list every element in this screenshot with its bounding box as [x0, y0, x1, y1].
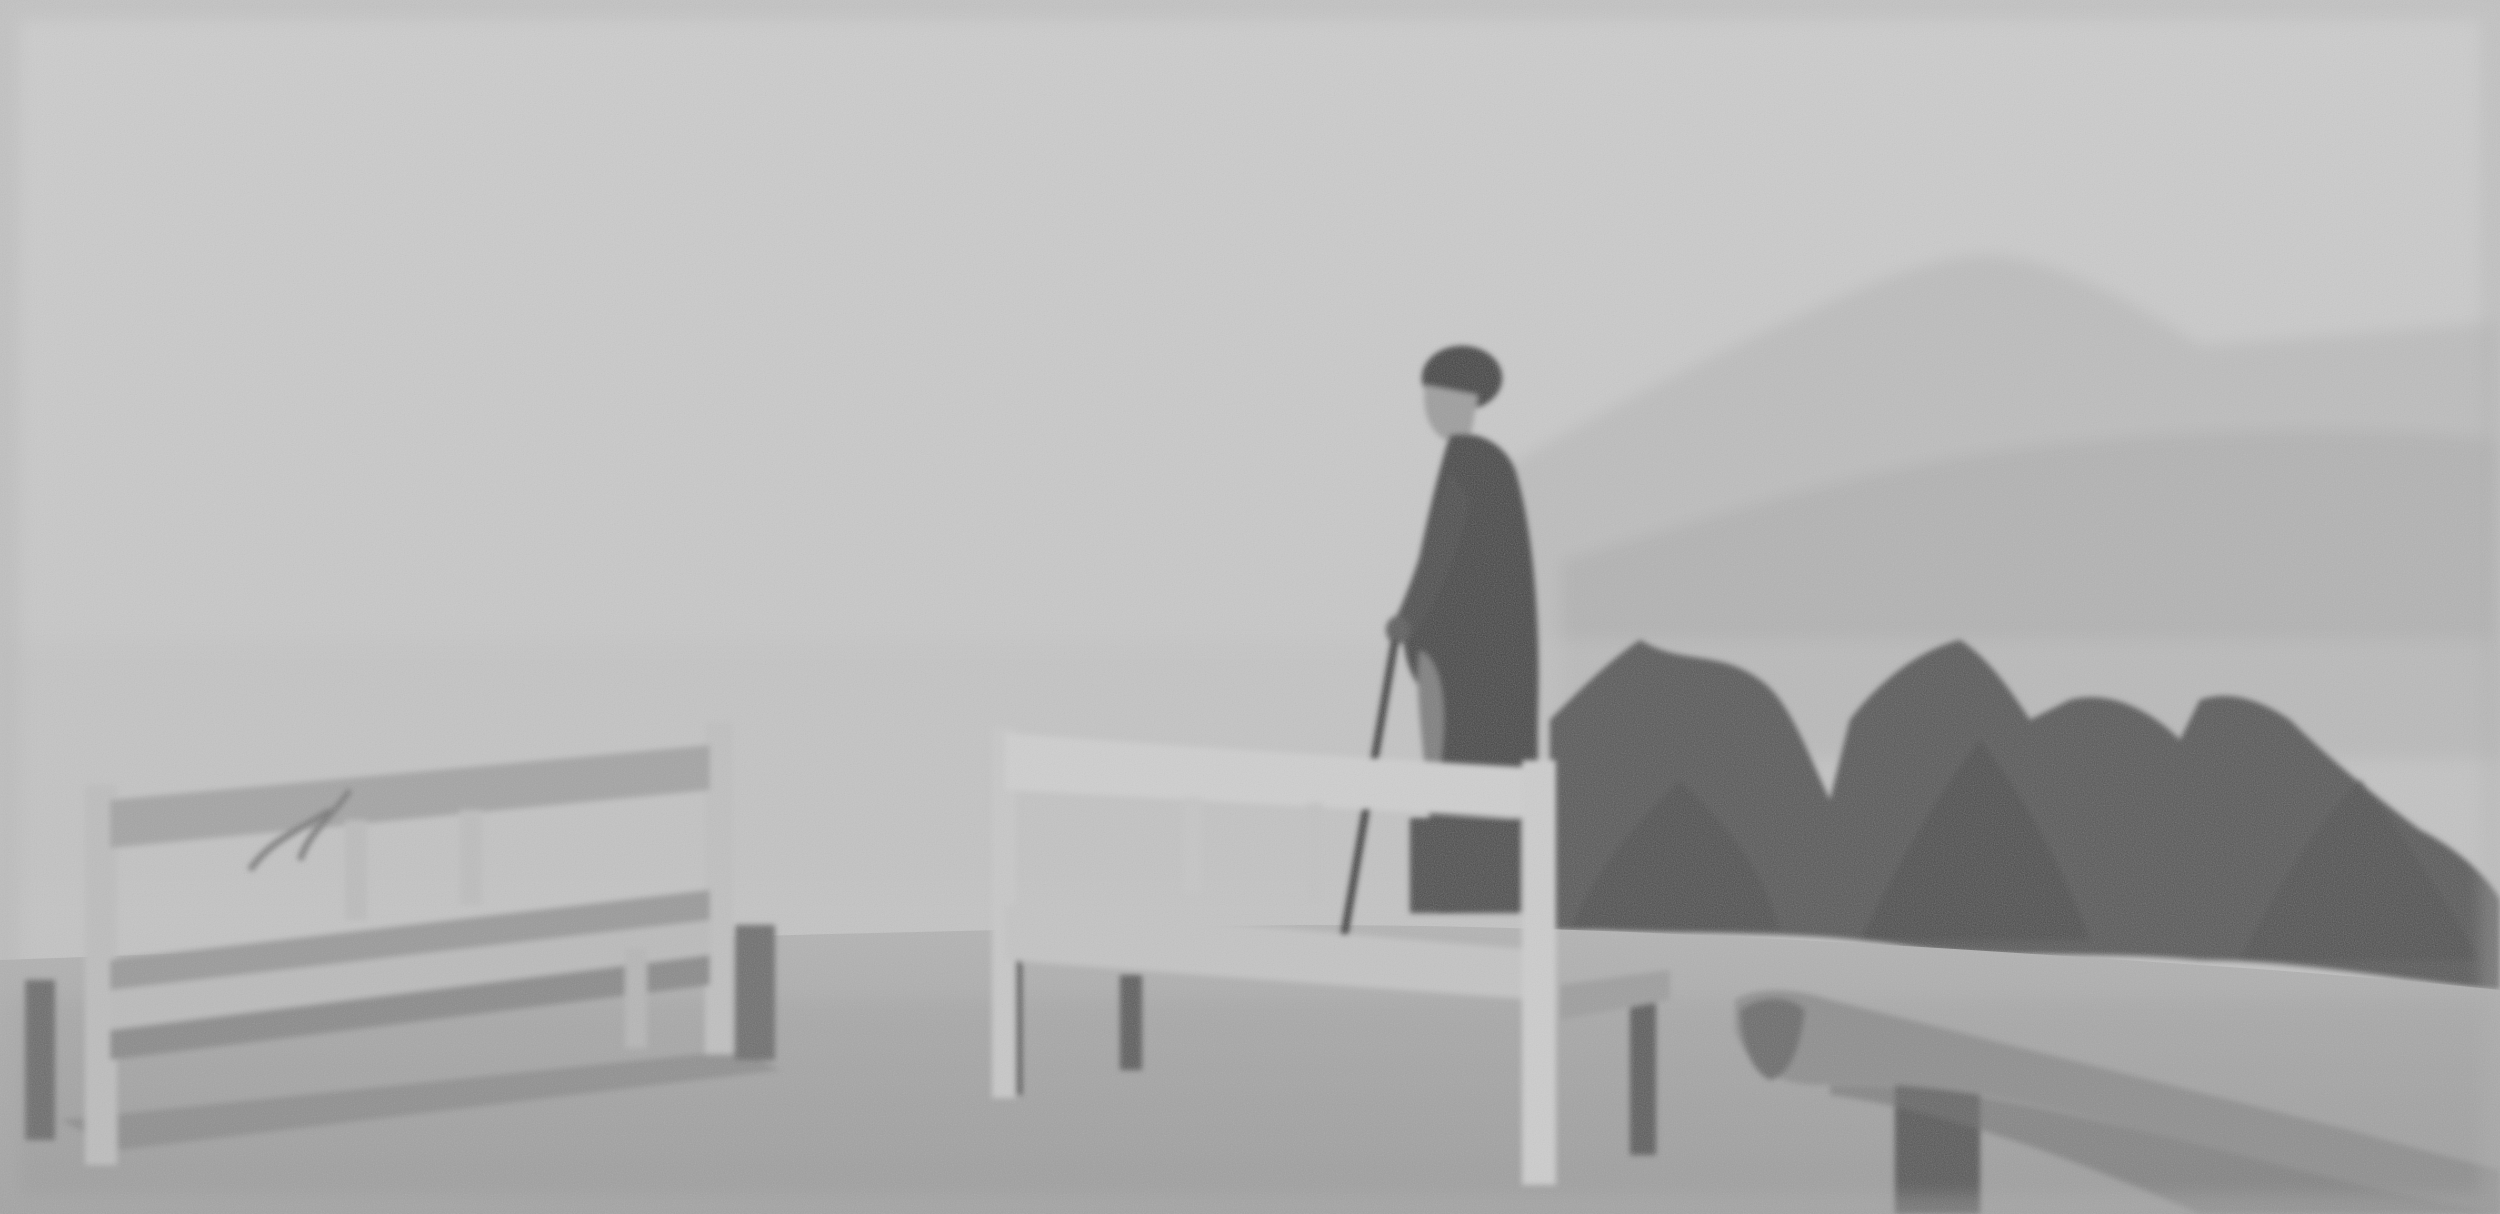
photograph — [0, 0, 2500, 1214]
